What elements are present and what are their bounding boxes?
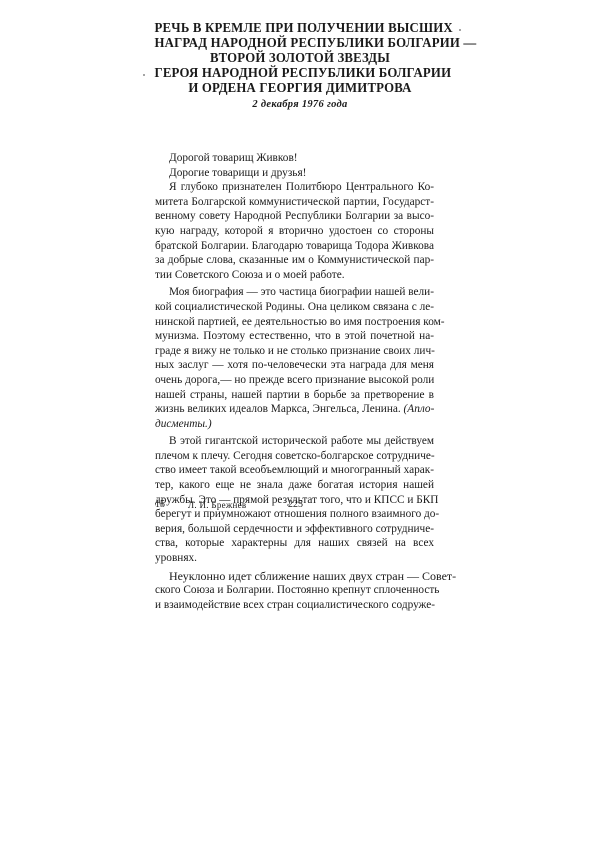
scan-speck (459, 29, 461, 31)
text-line: уровнях. (155, 551, 434, 566)
salutation: Дорогие товарищи и друзья! (155, 166, 434, 181)
text-line: кую награду, которой я вторично удостоен… (155, 224, 434, 239)
text-line: верия, большой сердечности и эффективног… (155, 522, 434, 537)
title-line: ВТОРОЙ ЗОЛОТОЙ ЗВЕЗДЫ (155, 50, 446, 65)
text-line: Неуклонно идет сближение наших двух стра… (155, 569, 434, 584)
text-line: ского Союза и Болгарии. Постоянно крепну… (155, 583, 434, 598)
speech-title: РЕЧЬ В КРЕМЛЕ ПРИ ПОЛУЧЕНИИ ВЫСШИХ НАГРА… (150, 20, 450, 95)
applause-note: дисменты.) (155, 417, 434, 432)
title-line: РЕЧЬ В КРЕМЛЕ ПРИ ПОЛУЧЕНИИ ВЫСШИХ (155, 20, 446, 35)
page-number: 225 (288, 498, 303, 512)
text-line: венному совету Народной Республики Болга… (155, 209, 434, 224)
text-line-with-applause: жизнь великих идеалов Маркса, Энгельса, … (155, 402, 434, 417)
text-line: братской Болгарии. Благодарю товарища То… (155, 239, 434, 254)
page-footer: 15 Л. И. Брежнев 225 (155, 498, 434, 512)
text-line: В этой гигантской исторической работе мы… (155, 434, 434, 449)
text-line: и взаимодействие всех стран социалистиче… (155, 598, 434, 613)
paragraph: Моя биография — это частица биографии на… (155, 285, 434, 431)
text-line: Я глубоко признателен Политбюро Централь… (155, 180, 434, 195)
footer-author: Л. И. Брежнев (188, 498, 246, 512)
scan-speck (143, 74, 145, 76)
paragraph: Я глубоко признателен Политбюро Централь… (155, 180, 434, 282)
document-page: РЕЧЬ В КРЕМЛЕ ПРИ ПОЛУЧЕНИИ ВЫСШИХ НАГРА… (0, 0, 600, 849)
text-line: Моя биография — это частица биографии на… (155, 285, 434, 300)
text-line: жизнь великих идеалов Маркса, Энгельса, … (155, 403, 401, 415)
title-line: ГЕРОЯ НАРОДНОЙ РЕСПУБЛИКИ БОЛГАРИИ (155, 65, 446, 80)
text-line: граде я вижу не только и не столько приз… (155, 344, 434, 359)
text-line: кой социалистической Родины. Она целиком… (155, 300, 434, 315)
text-line: ство имеет такой всеобъемлющий и многогр… (155, 463, 434, 478)
paragraph: Неуклонно идет сближение наших двух стра… (155, 569, 434, 613)
signature-mark: 15 (155, 498, 165, 512)
text-line: очень дорога,— но прежде всего признание… (155, 373, 434, 388)
text-line: нашей страны, нашей партии в борьбе за п… (155, 388, 434, 403)
text-line: плечом к плечу. Сегодня советско-болгарс… (155, 449, 434, 464)
text-line: митета Болгарской коммунистической парти… (155, 195, 434, 210)
title-line: И ОРДЕНА ГЕОРГИЯ ДИМИТРОВА (155, 80, 446, 95)
salutation: Дорогой товарищ Живков! (155, 151, 434, 166)
title-line: НАГРАД НАРОДНОЙ РЕСПУБЛИКИ БОЛГАРИИ — (155, 35, 446, 50)
speech-body: Дорогой товарищ Живков! Дорогие товарищи… (155, 151, 434, 612)
applause-note: (Апло- (404, 403, 435, 415)
text-line: ных заслуг — хотя по-человечески эта наг… (155, 358, 434, 373)
text-line: тер, какого еще не знала даже богатая ис… (155, 478, 434, 493)
speech-date: 2 декабря 1976 года (150, 98, 450, 111)
text-line: за добрые слова, сказанные им о Коммунис… (155, 253, 434, 268)
text-line: ства, которые характерны для наших связе… (155, 536, 434, 551)
text-line: тии Советского Союза и о моей работе. (155, 268, 434, 283)
text-line: нинской партией, ее деятельностью во имя… (155, 315, 434, 330)
text-line: мунизма. Поэтому естественно, что в этой… (155, 329, 434, 344)
